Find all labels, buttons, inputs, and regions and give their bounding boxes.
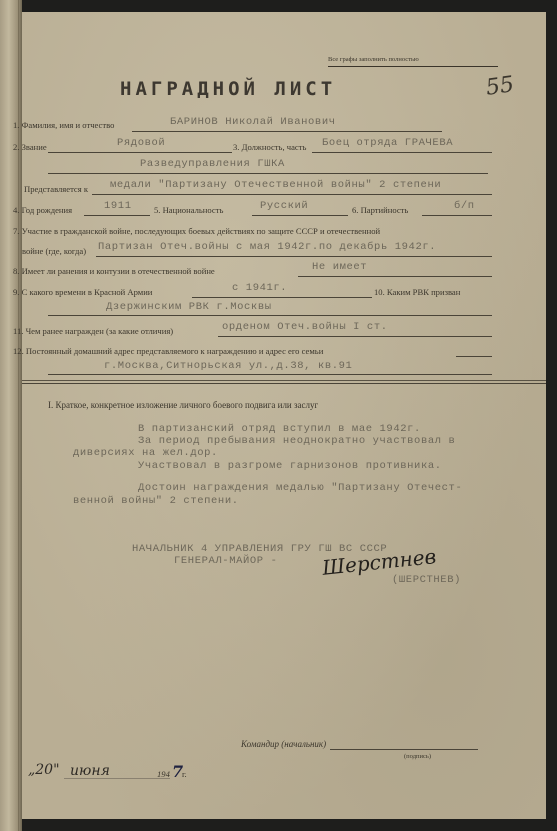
field-8-value: Не имеет (312, 261, 367, 273)
page-number: 55 (484, 72, 515, 101)
field-9-line (192, 297, 372, 298)
presented-line (92, 194, 492, 195)
field-7-label: 7. Участие в гражданской войне, последую… (13, 226, 380, 236)
feat-heading: I. Краткое, конкретное изложение личного… (48, 400, 318, 410)
field-8-label: 8. Имеет ли ранения и контузии в отечест… (13, 266, 215, 276)
field-2-line (48, 152, 232, 153)
field-4-value: 1911 (104, 200, 132, 212)
field-12-value: г.Москва,Ситнорьская ул.,д.38, кв.91 (104, 360, 352, 372)
field-2-label: 2. Звание (13, 142, 47, 152)
date-month: июня (70, 763, 110, 779)
field-7-line (96, 256, 492, 257)
field-10-value: Дзержинским РВК г.Москвы (106, 301, 272, 313)
field-4-line (84, 215, 150, 216)
feat-line-2: За период пребывания неоднократно участв… (138, 435, 455, 447)
field-5-value: Русский (260, 200, 308, 212)
award-sheet-paper: Все графы заполнить полностью НАГРАДНОЙ … (22, 12, 546, 819)
field-12-label: 12. Постоянный домашний адрес представля… (13, 346, 323, 356)
field-8-line (298, 276, 492, 277)
field-6-label: 6. Партийность (352, 205, 408, 215)
field-12-line-a (456, 356, 492, 357)
date-year-prefix: 194 (157, 769, 170, 779)
field-10-line (48, 315, 492, 316)
field-10-label: 10. Каким РВК призван (374, 287, 460, 297)
instruction-note: Все графы заполнить полностью (328, 56, 419, 63)
instruction-underline (328, 66, 498, 67)
field-6-value: б/п (454, 200, 475, 212)
section-rule-bottom (22, 383, 546, 384)
field-6-line (422, 215, 492, 216)
document-title: НАГРАДНОЙ ЛИСТ (120, 78, 336, 100)
field-7-value: Партизан Отеч.войны с мая 1942г.по декаб… (98, 241, 436, 253)
field-9-label: 9. С какого времени в Красной Армии (13, 287, 152, 297)
field-1-value: БАРИНОВ Николай Иванович (170, 116, 336, 128)
field-9-value: с 1941г. (232, 282, 287, 294)
field-7-label-cont: войне (где, когда) (22, 246, 86, 256)
commander-signature-line (330, 749, 478, 750)
field-2-value: Рядовой (117, 137, 165, 149)
field-12-line (48, 374, 492, 375)
feat-line-3: диверсиях на жел.дор. (73, 447, 218, 459)
feat-line-6: венной войны" 2 степени. (73, 495, 239, 507)
section-rule-top (22, 380, 546, 381)
field-11-value: орденом Отеч.войны I ст. (222, 321, 388, 333)
field-3-value: Боец отряда ГРАЧЕВА (322, 137, 453, 149)
field-3-value-cont: Разведуправления ГШКА (140, 158, 285, 170)
field-1-line (132, 131, 442, 132)
signature-title-line-2: ГЕНЕРАЛ-МАЙОР - (174, 555, 278, 567)
field-5-label: 5. Национальность (154, 205, 223, 215)
feat-line-4: Участвовал в разгроме гарнизонов противн… (138, 460, 442, 472)
field-3-line-cont (48, 173, 488, 174)
signature-sub-label: (подпись) (404, 753, 431, 760)
field-5-line (252, 215, 348, 216)
date-day: „20" (28, 762, 60, 778)
signatory-name: (ШЕРСТНЕВ) (392, 574, 461, 586)
feat-line-5: Достоин награждения медалью "Партизану О… (138, 482, 462, 494)
field-3-line (312, 152, 492, 153)
field-11-label: 11. Чем ранее награжден (за какие отличи… (13, 326, 173, 336)
presented-label: Представляется к (24, 184, 88, 194)
field-1-label: 1. Фамилия, имя и отчество (13, 120, 114, 130)
field-4-label: 4. Год рождения (13, 205, 72, 215)
presented-value: медали "Партизану Отечественной войны" 2… (110, 179, 441, 191)
feat-line-1: В партизанский отряд вступил в мае 1942г… (138, 423, 421, 435)
field-11-line (218, 336, 492, 337)
field-3-label: 3. Должность, часть (233, 142, 306, 152)
commander-label: Командир (начальник) (241, 739, 326, 749)
date-suffix: г. (182, 769, 187, 779)
